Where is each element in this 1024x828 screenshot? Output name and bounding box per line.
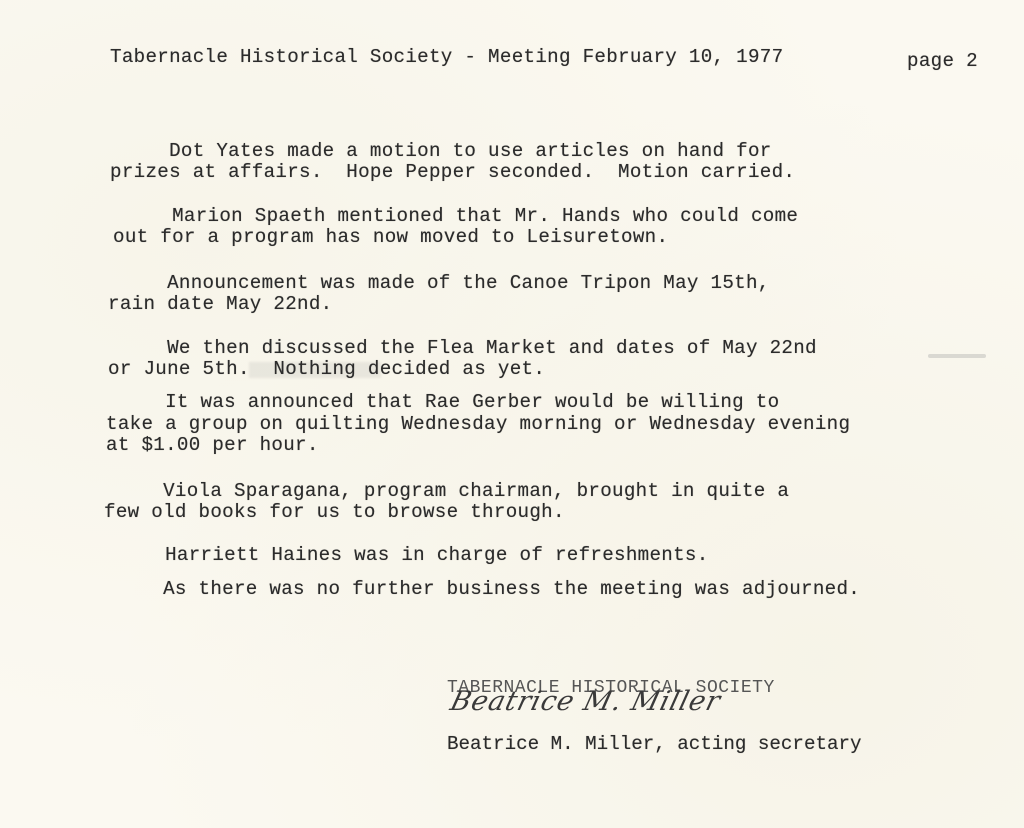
paragraph-3-line-1: Announcement was made of the Canoe Tripo… bbox=[108, 274, 770, 293]
document-page: Tabernacle Historical Society - Meeting … bbox=[0, 0, 1024, 828]
paragraph-2-line-2: out for a program has now moved to Leisu… bbox=[113, 228, 668, 247]
header-title: Tabernacle Historical Society - Meeting … bbox=[110, 48, 783, 67]
paragraph-1-line-1: Dot Yates made a motion to use articles … bbox=[110, 142, 772, 161]
signature-block: TABERNACLE HISTORICAL SOCIETY Beatrice M… bbox=[447, 678, 927, 758]
paragraph-3-line-2: rain date May 22nd. bbox=[108, 295, 332, 314]
signature-typed-name: Beatrice M. Miller, acting secretary bbox=[447, 733, 862, 755]
paragraph-4-line-1: We then discussed the Flea Market and da… bbox=[108, 339, 817, 358]
paragraph-2-line-1: Marion Spaeth mentioned that Mr. Hands w… bbox=[113, 207, 798, 226]
margin-mark bbox=[928, 354, 986, 358]
paragraph-7-line-1: Harriett Haines was in charge of refresh… bbox=[106, 546, 709, 565]
handwritten-signature: Beatrice M. Miller bbox=[447, 686, 724, 717]
paragraph-8-line-1: As there was no further business the mee… bbox=[104, 580, 860, 599]
paragraph-6-line-1: Viola Sparagana, program chairman, broug… bbox=[104, 482, 789, 501]
paragraph-5-line-3: at $1.00 per hour. bbox=[106, 436, 319, 455]
paragraph-6-line-2: few old books for us to browse through. bbox=[104, 503, 565, 522]
page-number: page 2 bbox=[907, 52, 978, 71]
paragraph-5-line-2: take a group on quilting Wednesday morni… bbox=[106, 415, 850, 434]
paragraph-4-line-2: or June 5th. Nothing decided as yet. bbox=[108, 360, 545, 379]
paragraph-1-line-2: prizes at affairs. Hope Pepper seconded.… bbox=[110, 163, 795, 182]
paragraph-5-line-1: It was announced that Rae Gerber would b… bbox=[106, 393, 779, 412]
